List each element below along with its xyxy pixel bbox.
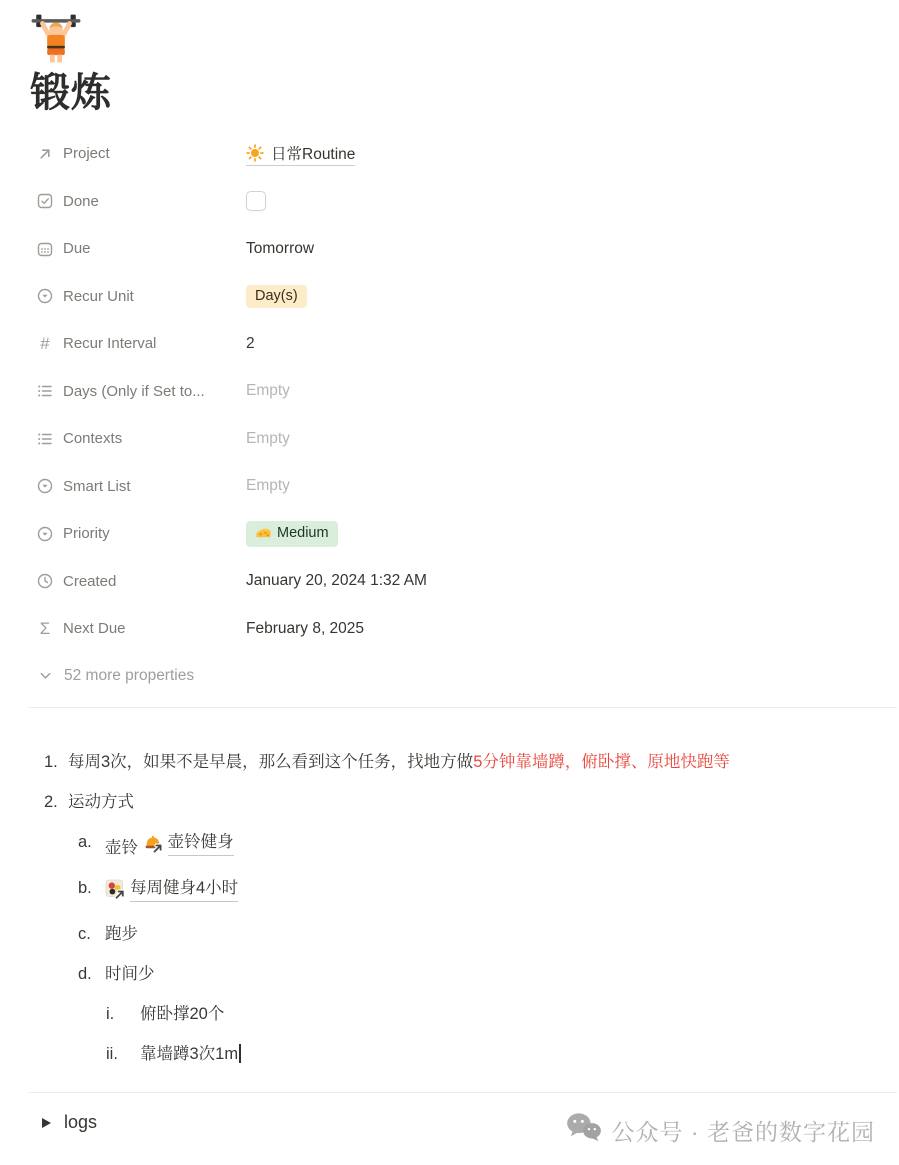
list-item[interactable]: 1.每周3次，如果不是早晨，那么看到这个任务，找地方做5分钟靠墙蹲，俯卧撑、原地… — [28, 742, 899, 782]
triangle-right-icon — [42, 1118, 51, 1128]
property-label-text: Next Due — [63, 620, 126, 637]
property-value-text: Empty — [246, 477, 290, 495]
text-segment: 壶铃 — [105, 839, 143, 857]
watermark-text: 公众号 · 老爸的数字花园 — [612, 1114, 875, 1147]
property-value-recur-unit[interactable]: Day(s) — [246, 285, 307, 308]
text-segment: 俯卧撑20个 — [140, 1005, 224, 1023]
property-value-project[interactable]: 日常Routine — [246, 142, 355, 166]
page-link-text: 每周健身4小时 — [130, 876, 238, 902]
list-marker: d. — [78, 962, 105, 986]
property-value-text: Empty — [246, 430, 290, 448]
list-marker: a. — [78, 830, 105, 854]
tag-label: Day(s) — [255, 288, 298, 304]
text-segment: 跑步 — [105, 925, 138, 943]
cheese-emoji — [255, 524, 272, 543]
property-label-text: Recur Unit — [63, 288, 134, 305]
weightlifter-emoji page-icon[interactable] — [30, 12, 82, 64]
relation-link-text: 日常Routine — [271, 142, 355, 164]
property-row-recur-interval: #Recur Interval2 — [28, 320, 899, 368]
property-value-priority[interactable]: Medium — [246, 521, 338, 547]
list-text: 靠墙蹲3次1m — [140, 1042, 241, 1066]
text-segment: 运动方式 — [68, 793, 134, 811]
property-value-text: February 8, 2025 — [246, 620, 364, 638]
list-text: 每周健身4小时 — [105, 876, 238, 906]
arrow-up-right-icon — [36, 145, 54, 163]
watermark: 公众号 · 老爸的数字花园 — [566, 1112, 875, 1148]
property-label-text: Due — [63, 240, 91, 257]
select-icon — [36, 525, 54, 543]
list-icon — [36, 430, 54, 448]
page-title[interactable]: 锻炼 — [30, 70, 899, 116]
list-marker: c. — [78, 922, 105, 946]
properties-list: Project日常RoutineDoneDueTomorrowRecur Uni… — [28, 130, 899, 653]
bell-emoji — [143, 833, 163, 853]
property-label-next-due[interactable]: ΣNext Due — [36, 620, 246, 638]
tag-priority[interactable]: Medium — [246, 521, 338, 547]
property-row-priority: PriorityMedium — [28, 510, 899, 558]
list-marker: ii. — [106, 1042, 140, 1066]
tag-recur-unit[interactable]: Day(s) — [246, 285, 307, 308]
property-value-next-due[interactable]: February 8, 2025 — [246, 620, 364, 638]
property-label-contexts[interactable]: Contexts — [36, 430, 246, 448]
property-label-due[interactable]: Due — [36, 240, 246, 258]
page-link[interactable]: 每周健身4小时 — [105, 876, 238, 902]
logs-toggle-label: logs — [64, 1112, 97, 1133]
property-label-text: Project — [63, 145, 110, 162]
wechat-icon — [566, 1112, 602, 1148]
select-icon — [36, 477, 54, 495]
property-label-created[interactable]: Created — [36, 572, 246, 590]
property-value-smart-list[interactable]: Empty — [246, 477, 290, 495]
property-row-smart-list: Smart ListEmpty — [28, 463, 899, 511]
property-label-project[interactable]: Project — [36, 145, 246, 163]
tag-label: Medium — [277, 525, 329, 541]
property-label-text: Done — [63, 193, 99, 210]
divider — [28, 1092, 897, 1093]
property-label-done[interactable]: Done — [36, 192, 246, 210]
list-marker: 1. — [44, 750, 68, 774]
property-value-contexts[interactable]: Empty — [246, 430, 290, 448]
property-label-text: Recur Interval — [63, 335, 156, 352]
list-text: 俯卧撑20个 — [140, 1002, 224, 1026]
page-link-text: 壶铃健身 — [168, 830, 234, 856]
select-icon — [36, 287, 54, 305]
property-label-recur-interval[interactable]: #Recur Interval — [36, 335, 246, 353]
list-text: 壶铃 壶铃健身 — [105, 830, 234, 860]
list-text: 运动方式 — [68, 790, 134, 814]
property-label-text: Contexts — [63, 430, 122, 447]
property-row-project: Project日常Routine — [28, 130, 899, 178]
property-value-days[interactable]: Empty — [246, 382, 290, 400]
more-properties-label: 52 more properties — [64, 667, 194, 685]
list-text: 跑步 — [105, 922, 138, 946]
list-marker: i. — [106, 1002, 140, 1026]
divider — [28, 707, 897, 708]
list-marker: b. — [78, 876, 105, 900]
list-text: 时间少 — [105, 962, 155, 986]
property-value-text: Tomorrow — [246, 240, 314, 258]
property-label-days[interactable]: Days (Only if Set to... — [36, 382, 246, 400]
property-row-days: Days (Only if Set to...Empty — [28, 368, 899, 416]
list-item[interactable]: b.每周健身4小时 — [28, 868, 899, 914]
body-list: 1.每周3次，如果不是早晨，那么看到这个任务，找地方做5分钟靠墙蹲，俯卧撑、原地… — [28, 742, 899, 1074]
sun-emoji — [246, 144, 264, 162]
property-value-text: January 20, 2024 1:32 AM — [246, 572, 427, 590]
property-value-recur-interval[interactable]: 2 — [246, 335, 255, 353]
property-label-text: Smart List — [63, 478, 131, 495]
sigma-icon: Σ — [36, 620, 54, 638]
property-value-done[interactable] — [246, 191, 266, 211]
list-text: 每周3次，如果不是早晨，那么看到这个任务，找地方做5分钟靠墙蹲，俯卧撑、原地快跑… — [68, 750, 730, 774]
property-label-smart-list[interactable]: Smart List — [36, 477, 246, 495]
number-icon: # — [36, 335, 54, 353]
clock-icon — [36, 572, 54, 590]
property-value-due[interactable]: Tomorrow — [246, 240, 314, 258]
checkbox-icon — [36, 192, 54, 210]
text-segment: 每周3次，如果不是早晨，那么看到这个任务，找地方做 — [68, 753, 473, 771]
property-row-next-due: ΣNext DueFebruary 8, 2025 — [28, 605, 899, 653]
list-item[interactable]: i.俯卧撑20个 — [28, 994, 899, 1034]
list-item[interactable]: d.时间少 — [28, 954, 899, 994]
list-item[interactable]: a.壶铃 壶铃健身 — [28, 822, 899, 868]
done-checkbox[interactable] — [246, 191, 266, 211]
property-label-text: Days (Only if Set to... — [63, 383, 205, 400]
list-item[interactable]: ii.靠墙蹲3次1m — [28, 1034, 899, 1074]
page: 锻炼 Project日常RoutineDoneDueTomorrowRecur … — [0, 0, 899, 1165]
text-cursor — [239, 1044, 241, 1063]
property-label-text: Created — [63, 573, 116, 590]
property-value-text: 2 — [246, 335, 255, 353]
property-label-priority[interactable]: Priority — [36, 525, 246, 543]
chevron-down-icon — [36, 667, 54, 685]
text-segment: 靠墙蹲3次1m — [140, 1045, 238, 1063]
property-row-recur-unit: Recur UnitDay(s) — [28, 273, 899, 321]
list-icon — [36, 382, 54, 400]
page-link[interactable]: 壶铃健身 — [143, 830, 234, 856]
calendar-icon — [36, 240, 54, 258]
photo-thumbnail — [105, 879, 125, 899]
property-label-recur-unit[interactable]: Recur Unit — [36, 287, 246, 305]
more-properties-toggle[interactable]: 52 more properties — [36, 653, 899, 699]
property-row-created: CreatedJanuary 20, 2024 1:32 AM — [28, 558, 899, 606]
red-text-segment: 5分钟靠墙蹲，俯卧撑、原地快跑等 — [473, 753, 730, 771]
property-row-contexts: ContextsEmpty — [28, 415, 899, 463]
text-segment: 时间少 — [105, 965, 155, 983]
relation-link-project[interactable]: 日常Routine — [246, 142, 355, 166]
list-item[interactable]: 2.运动方式 — [28, 782, 899, 822]
property-row-due: DueTomorrow — [28, 225, 899, 273]
list-marker: 2. — [44, 790, 68, 814]
property-label-text: Priority — [63, 525, 110, 542]
list-item[interactable]: c.跑步 — [28, 914, 899, 954]
property-value-created[interactable]: January 20, 2024 1:32 AM — [246, 572, 427, 590]
property-value-text: Empty — [246, 382, 290, 400]
property-row-done: Done — [28, 178, 899, 226]
